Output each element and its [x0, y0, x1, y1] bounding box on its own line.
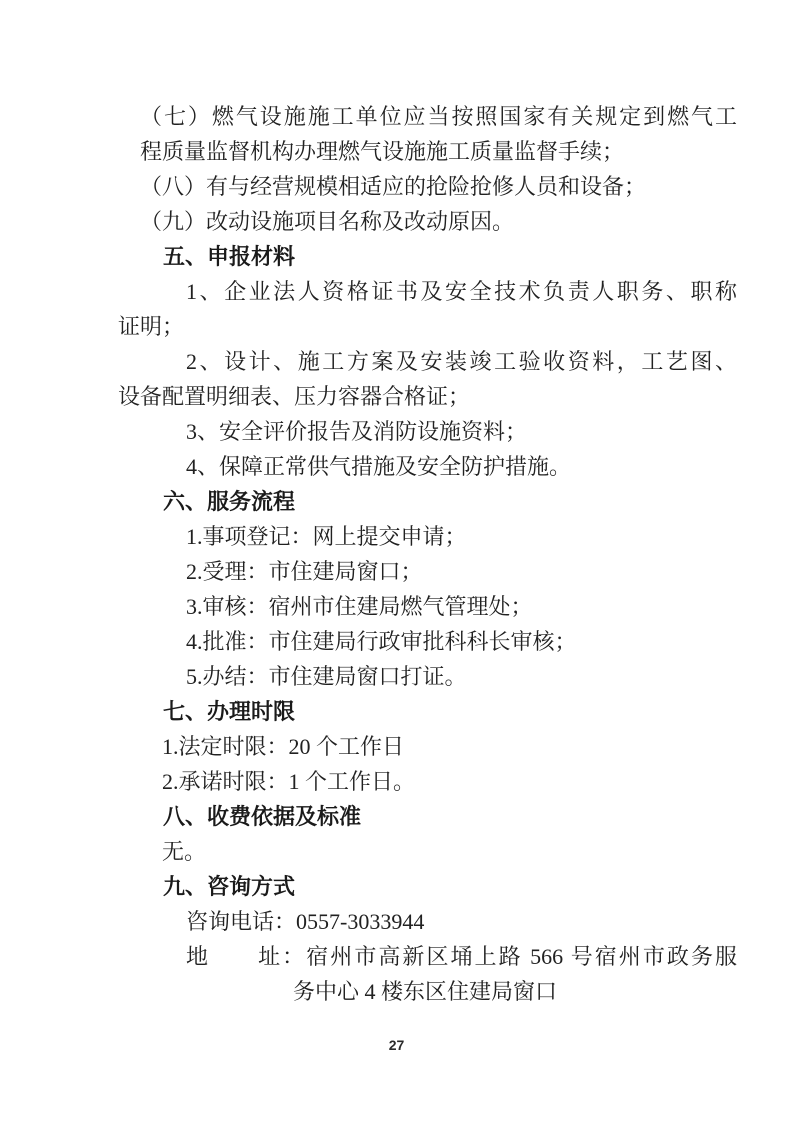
promised-time-limit: 2.承诺时限：1 个工作日。 [162, 764, 737, 799]
heading-seven-time-limit: 七、办理时限 [163, 694, 737, 729]
material-item-2-line-2: 设备配置明细表、压力容器合格证； [118, 379, 737, 414]
clause-seven-line-1: （七）燃气设施施工单位应当按照国家有关规定到燃气工 [140, 99, 737, 134]
material-item-1-line-1: 1、企业法人资格证书及安全技术负责人职务、职称 [186, 274, 737, 309]
material-item-4: 4、保障正常供气措施及安全防护措施。 [186, 449, 737, 484]
consultation-phone: 咨询电话：0557-3033944 [186, 904, 737, 939]
consultation-address-line-2: 务中心 4 楼东区住建局窗口 [293, 974, 737, 1009]
heading-nine-consultation: 九、咨询方式 [163, 869, 737, 904]
page-number: 27 [0, 1037, 793, 1053]
clause-eight: （八）有与经营规模相适应的抢险抢修人员和设备； [140, 169, 737, 204]
heading-five-declaration-materials: 五、申报材料 [163, 239, 737, 274]
statutory-time-limit: 1.法定时限：20 个工作日 [162, 729, 737, 764]
clause-nine: （九）改动设施项目名称及改动原因。 [140, 204, 737, 239]
process-step-1: 1.事项登记：网上提交申请； [186, 519, 737, 554]
fee-none: 无。 [162, 834, 737, 869]
process-step-4: 4.批准：市住建局行政审批科科长审核； [186, 624, 737, 659]
clause-seven-line-2: 程质量监督机构办理燃气设施施工质量监督手续； [140, 134, 737, 169]
process-step-3: 3.审核：宿州市住建局燃气管理处； [186, 589, 737, 624]
consultation-address-line-1: 地 址：宿州市高新区埇上路 566 号宿州市政务服 [186, 939, 737, 974]
material-item-3: 3、安全评价报告及消防设施资料； [186, 414, 737, 449]
process-step-2: 2.受理：市住建局窗口； [186, 554, 737, 589]
heading-eight-fee-basis: 八、收费依据及标准 [163, 799, 737, 834]
material-item-1-line-2: 证明； [118, 309, 737, 344]
process-step-5: 5.办结：市住建局窗口打证。 [186, 659, 737, 694]
document-page: （七）燃气设施施工单位应当按照国家有关规定到燃气工 程质量监督机构办理燃气设施施… [0, 0, 793, 1122]
document-body: （七）燃气设施施工单位应当按照国家有关规定到燃气工 程质量监督机构办理燃气设施施… [0, 0, 793, 1009]
material-item-2-line-1: 2、设计、施工方案及安装竣工验收资料，工艺图、 [186, 344, 737, 379]
heading-six-service-process: 六、服务流程 [163, 484, 737, 519]
